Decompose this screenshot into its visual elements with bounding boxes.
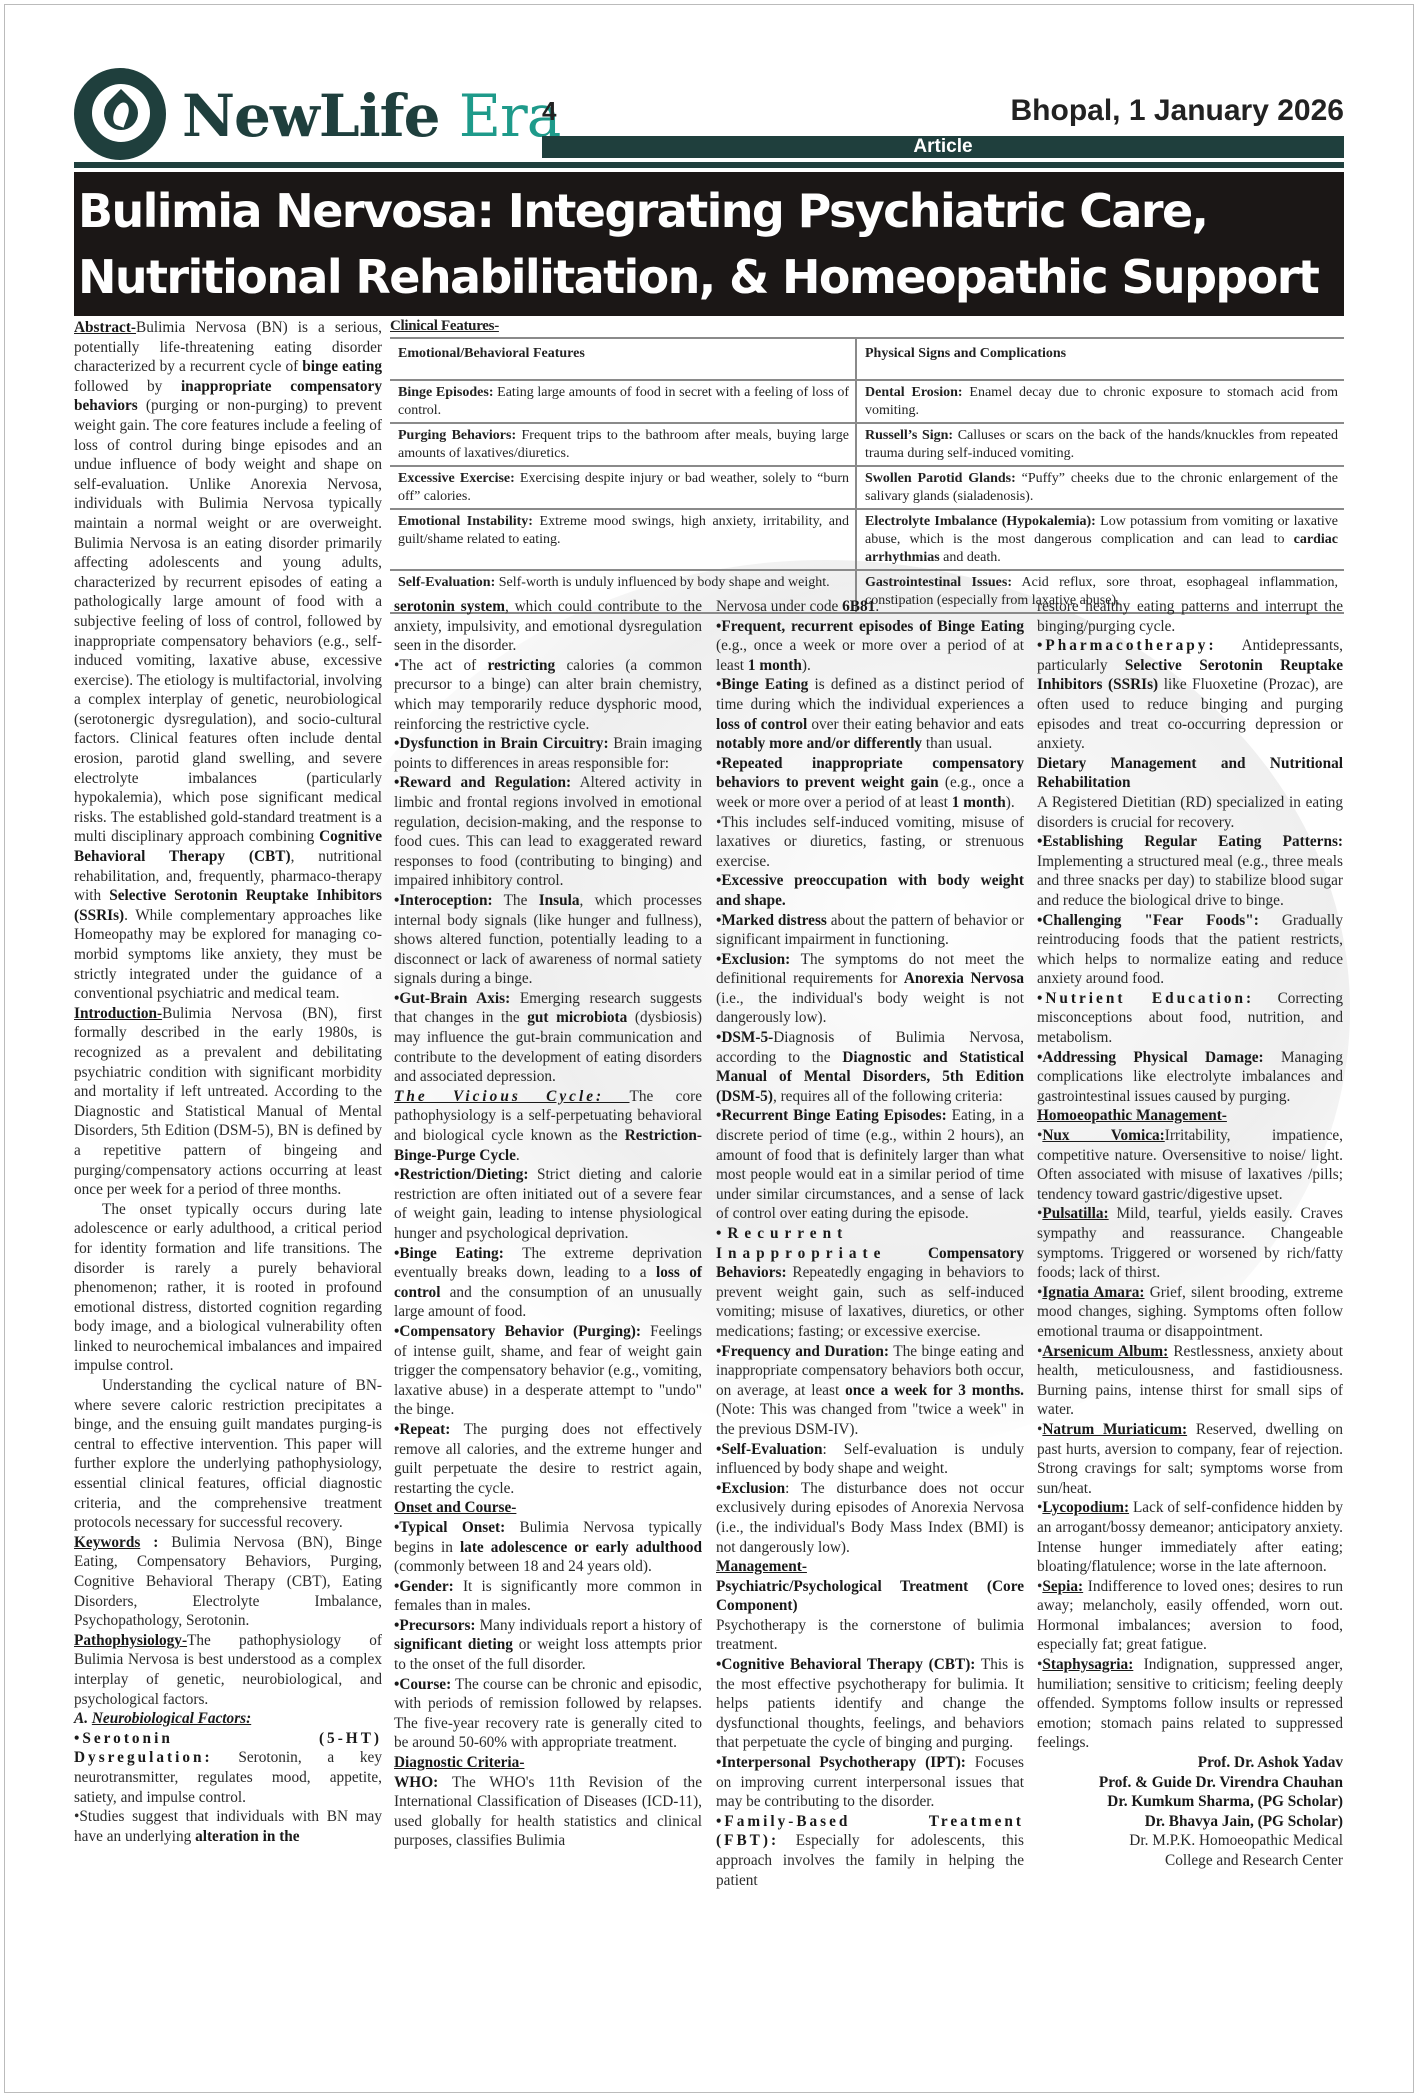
- compensatory-item: •Compensatory Behavior (Purging): Feelin…: [394, 1322, 702, 1420]
- section-label: Article: [542, 136, 1344, 158]
- psych-treatment-heading: Psychiatric/Psychological Treatment (Cor…: [716, 1577, 1024, 1616]
- course-item: •Course: The course can be chronic and e…: [394, 1675, 702, 1753]
- remedy-item: •Pulsatilla: Mild, tearful, yields easil…: [1037, 1204, 1343, 1282]
- brand-main: NewLife: [182, 82, 459, 150]
- introduction: Introduction-Bulimia Nervosa (BN), first…: [74, 1004, 382, 1200]
- author-name: Prof. Dr. Ashok Yadav: [1037, 1753, 1343, 1773]
- author-name: Prof. & Guide Dr. Virendra Chauhan: [1037, 1773, 1343, 1793]
- column-1: Abstract-Bulimia Nervosa (BN) is a serio…: [74, 318, 382, 1846]
- remedy-item: •Ignatia Amara: Grief, silent brooding, …: [1037, 1283, 1343, 1342]
- dsm5-item: •DSM-5-Diagnosis of Bulimia Nervosa, acc…: [716, 1028, 1024, 1106]
- recurrent-compensatory-item: •Recurrent Inappropriate Compensatory Be…: [716, 1224, 1024, 1342]
- table-cell: Electrolyte Imbalance (Hypokalemia): Low…: [856, 509, 1344, 570]
- serotonin-item: •Serotonin (5-HT) Dysregulation: Seroton…: [74, 1729, 382, 1807]
- dietary-heading: Dietary Management and Nutritional Rehab…: [1037, 754, 1343, 793]
- remedy-item: •Staphysagria: Indignation, suppressed a…: [1037, 1655, 1343, 1753]
- repeated-compensatory-item: •Repeated inappropriate compensatory beh…: [716, 754, 1024, 813]
- pathophysiology-intro: Pathophysiology-The pathophysiology of B…: [74, 1631, 382, 1709]
- table-cell: Excessive Exercise: Exercising despite i…: [390, 466, 856, 509]
- author-name: Dr. Kumkum Sharma, (PG Scholar): [1037, 1792, 1343, 1812]
- neurobiological-subhead: A. Neurobiological Factors:: [74, 1709, 382, 1729]
- remedy-item: •Natrum Muriaticum: Reserved, dwelling o…: [1037, 1420, 1343, 1498]
- restriction-dieting-item: •Restriction/Dieting: Strict dieting and…: [394, 1165, 702, 1243]
- table-row: Excessive Exercise: Exercising despite i…: [390, 466, 1344, 509]
- reward-item: •Reward and Regulation: Altered activity…: [394, 773, 702, 891]
- table-header: Emotional/Behavioral Features: [390, 338, 856, 380]
- repeat-item: •Repeat: The purging does not effectivel…: [394, 1420, 702, 1498]
- pharmacotherapy-item: •Pharmacotherapy: Antidepressants, parti…: [1037, 636, 1343, 754]
- table-row: Purging Behaviors: Frequent trips to the…: [390, 423, 1344, 466]
- newlife-logo-icon: [74, 68, 166, 160]
- who-item: WHO: The WHO's 11th Revision of the Inte…: [394, 1773, 702, 1851]
- gut-brain-item: •Gut-Brain Axis: Emerging research sugge…: [394, 989, 702, 1087]
- typical-onset-item: •Typical Onset: Bulimia Nervosa typicall…: [394, 1518, 702, 1577]
- table-cell: Purging Behaviors: Frequent trips to the…: [390, 423, 856, 466]
- abstract: Abstract-Bulimia Nervosa (BN) is a serio…: [74, 318, 382, 1004]
- restricting-item: •The act of restricting calories (a comm…: [394, 656, 702, 734]
- interoception-item: •Interoception: The Insula, which proces…: [394, 891, 702, 989]
- introduction-para-3: Understanding the cyclical nature of BN-…: [74, 1376, 382, 1533]
- table-row: Emotional Instability: Extreme mood swin…: [390, 509, 1344, 570]
- remedy-item: •Lycopodium: Lack of self-confidence hid…: [1037, 1498, 1343, 1576]
- table-cell: Dental Erosion: Enamel decay due to chro…: [856, 380, 1344, 423]
- diagnostic-heading: Diagnostic Criteria-: [394, 1753, 702, 1773]
- table-cell: Russell’s Sign: Calluses or scars on the…: [856, 423, 1344, 466]
- exclusion-2-item: •Exclusion: The disturbance does not occ…: [716, 1479, 1024, 1557]
- gender-item: •Gender: It is significantly more common…: [394, 1577, 702, 1616]
- dateline: Bhopal, 1 January 2026: [1011, 94, 1345, 128]
- masthead-rule: [74, 162, 1344, 168]
- table-cell: Emotional Instability: Extreme mood swin…: [390, 509, 856, 570]
- table-header-row: Emotional/Behavioral Features Physical S…: [390, 338, 1344, 380]
- studies-continued: serotonin system, which could contribute…: [394, 597, 702, 656]
- article-headline: Bulimia Nervosa: Integrating Psychiatric…: [74, 172, 1344, 316]
- frequent-episodes-item: •Frequent, recurrent episodes of Binge E…: [716, 617, 1024, 676]
- keywords: Keywords : Bulimia Nervosa (BN), Binge E…: [74, 1533, 382, 1631]
- self-evaluation-item: •Self-Evaluation: Self-evaluation is und…: [716, 1440, 1024, 1479]
- frequency-duration-item: •Frequency and Duration: The binge eatin…: [716, 1342, 1024, 1440]
- precursors-item: •Precursors: Many individuals report a h…: [394, 1616, 702, 1675]
- table-row: Binge Episodes: Eating large amounts of …: [390, 380, 1344, 423]
- column-2: serotonin system, which could contribute…: [394, 597, 702, 1851]
- author-signature: Prof. Dr. Ashok Yadav Prof. & Guide Dr. …: [1037, 1753, 1343, 1871]
- clinical-features-table: Emotional/Behavioral Features Physical S…: [390, 337, 1344, 614]
- fear-foods-item: •Challenging "Fear Foods": Gradually rei…: [1037, 911, 1343, 989]
- who-continued: Nervosa under code 6B81.: [716, 597, 1024, 617]
- distress-item: •Marked distress about the pattern of be…: [716, 911, 1024, 950]
- introduction-para-2: The onset typically occurs during late a…: [74, 1200, 382, 1376]
- exclusion-item: •Exclusion: The symptoms do not meet the…: [716, 950, 1024, 1028]
- physical-damage-item: •Addressing Physical Damage: Managing co…: [1037, 1048, 1343, 1107]
- page-number: 4: [542, 96, 556, 127]
- table-cell: Binge Episodes: Eating large amounts of …: [390, 380, 856, 423]
- institution-line: College and Research Center: [1037, 1851, 1343, 1871]
- recurrent-binge-item: •Recurrent Binge Eating Episodes: Eating…: [716, 1106, 1024, 1224]
- psych-intro: Psychotherapy is the cornerstone of buli…: [716, 1616, 1024, 1655]
- remedy-item: •Nux Vomica:Irritability, impatience, co…: [1037, 1126, 1343, 1204]
- column-4: restore healthy eating patterns and inte…: [1037, 597, 1343, 1871]
- remedy-item: •Arsenicum Album: Restlessness, anxiety …: [1037, 1342, 1343, 1420]
- regular-eating-item: •Establishing Regular Eating Patterns: I…: [1037, 832, 1343, 910]
- management-heading: Management-: [716, 1557, 1024, 1577]
- vicious-cycle: The Vicious Cycle: The core pathophysiol…: [394, 1087, 702, 1165]
- table-header: Physical Signs and Complications: [856, 338, 1344, 380]
- ipt-item: •Interpersonal Psychotherapy (IPT): Focu…: [716, 1753, 1024, 1812]
- clinical-features-title: Clinical Features-: [390, 318, 1344, 335]
- homoeopathic-heading: Homoeopathic Management-: [1037, 1106, 1343, 1126]
- dietary-intro: A Registered Dietitian (RD) specialized …: [1037, 793, 1343, 832]
- institution-line: Dr. M.P.K. Homoeopathic Medical: [1037, 1831, 1343, 1851]
- fbt-continued: restore healthy eating patterns and inte…: [1037, 597, 1343, 636]
- clinical-features: Clinical Features- Emotional/Behavioral …: [390, 318, 1344, 614]
- preoccupation-item: •Excessive preoccupation with body weigh…: [716, 871, 1024, 910]
- cbt-item: •Cognitive Behavioral Therapy (CBT): Thi…: [716, 1655, 1024, 1753]
- brain-circuitry-item: •Dysfunction in Brain Circuitry: Brain i…: [394, 734, 702, 773]
- brand-name: NewLife Era: [182, 76, 560, 156]
- fbt-item: •Family-Based Treatment (FBT): Especiall…: [716, 1812, 1024, 1890]
- remedy-item: •Sepia: Indifference to loved ones; desi…: [1037, 1577, 1343, 1655]
- nutrient-education-item: •Nutrient Education: Correcting misconce…: [1037, 989, 1343, 1048]
- includes-item: •This includes self-induced vomiting, mi…: [716, 813, 1024, 872]
- table-cell: Swollen Parotid Glands: “Puffy” cheeks d…: [856, 466, 1344, 509]
- binge-definition-item: •Binge Eating is defined as a distinct p…: [716, 675, 1024, 753]
- studies-item: •Studies suggest that individuals with B…: [74, 1807, 382, 1846]
- onset-heading: Onset and Course-: [394, 1498, 702, 1518]
- author-name: Dr. Bhavya Jain, (PG Scholar): [1037, 1812, 1343, 1832]
- binge-eating-item: •Binge Eating: The extreme deprivation e…: [394, 1244, 702, 1322]
- column-3: Nervosa under code 6B81. •Frequent, recu…: [716, 597, 1024, 1890]
- masthead: NewLife Era 4 Bhopal, 1 January 2026 Art…: [74, 68, 1344, 164]
